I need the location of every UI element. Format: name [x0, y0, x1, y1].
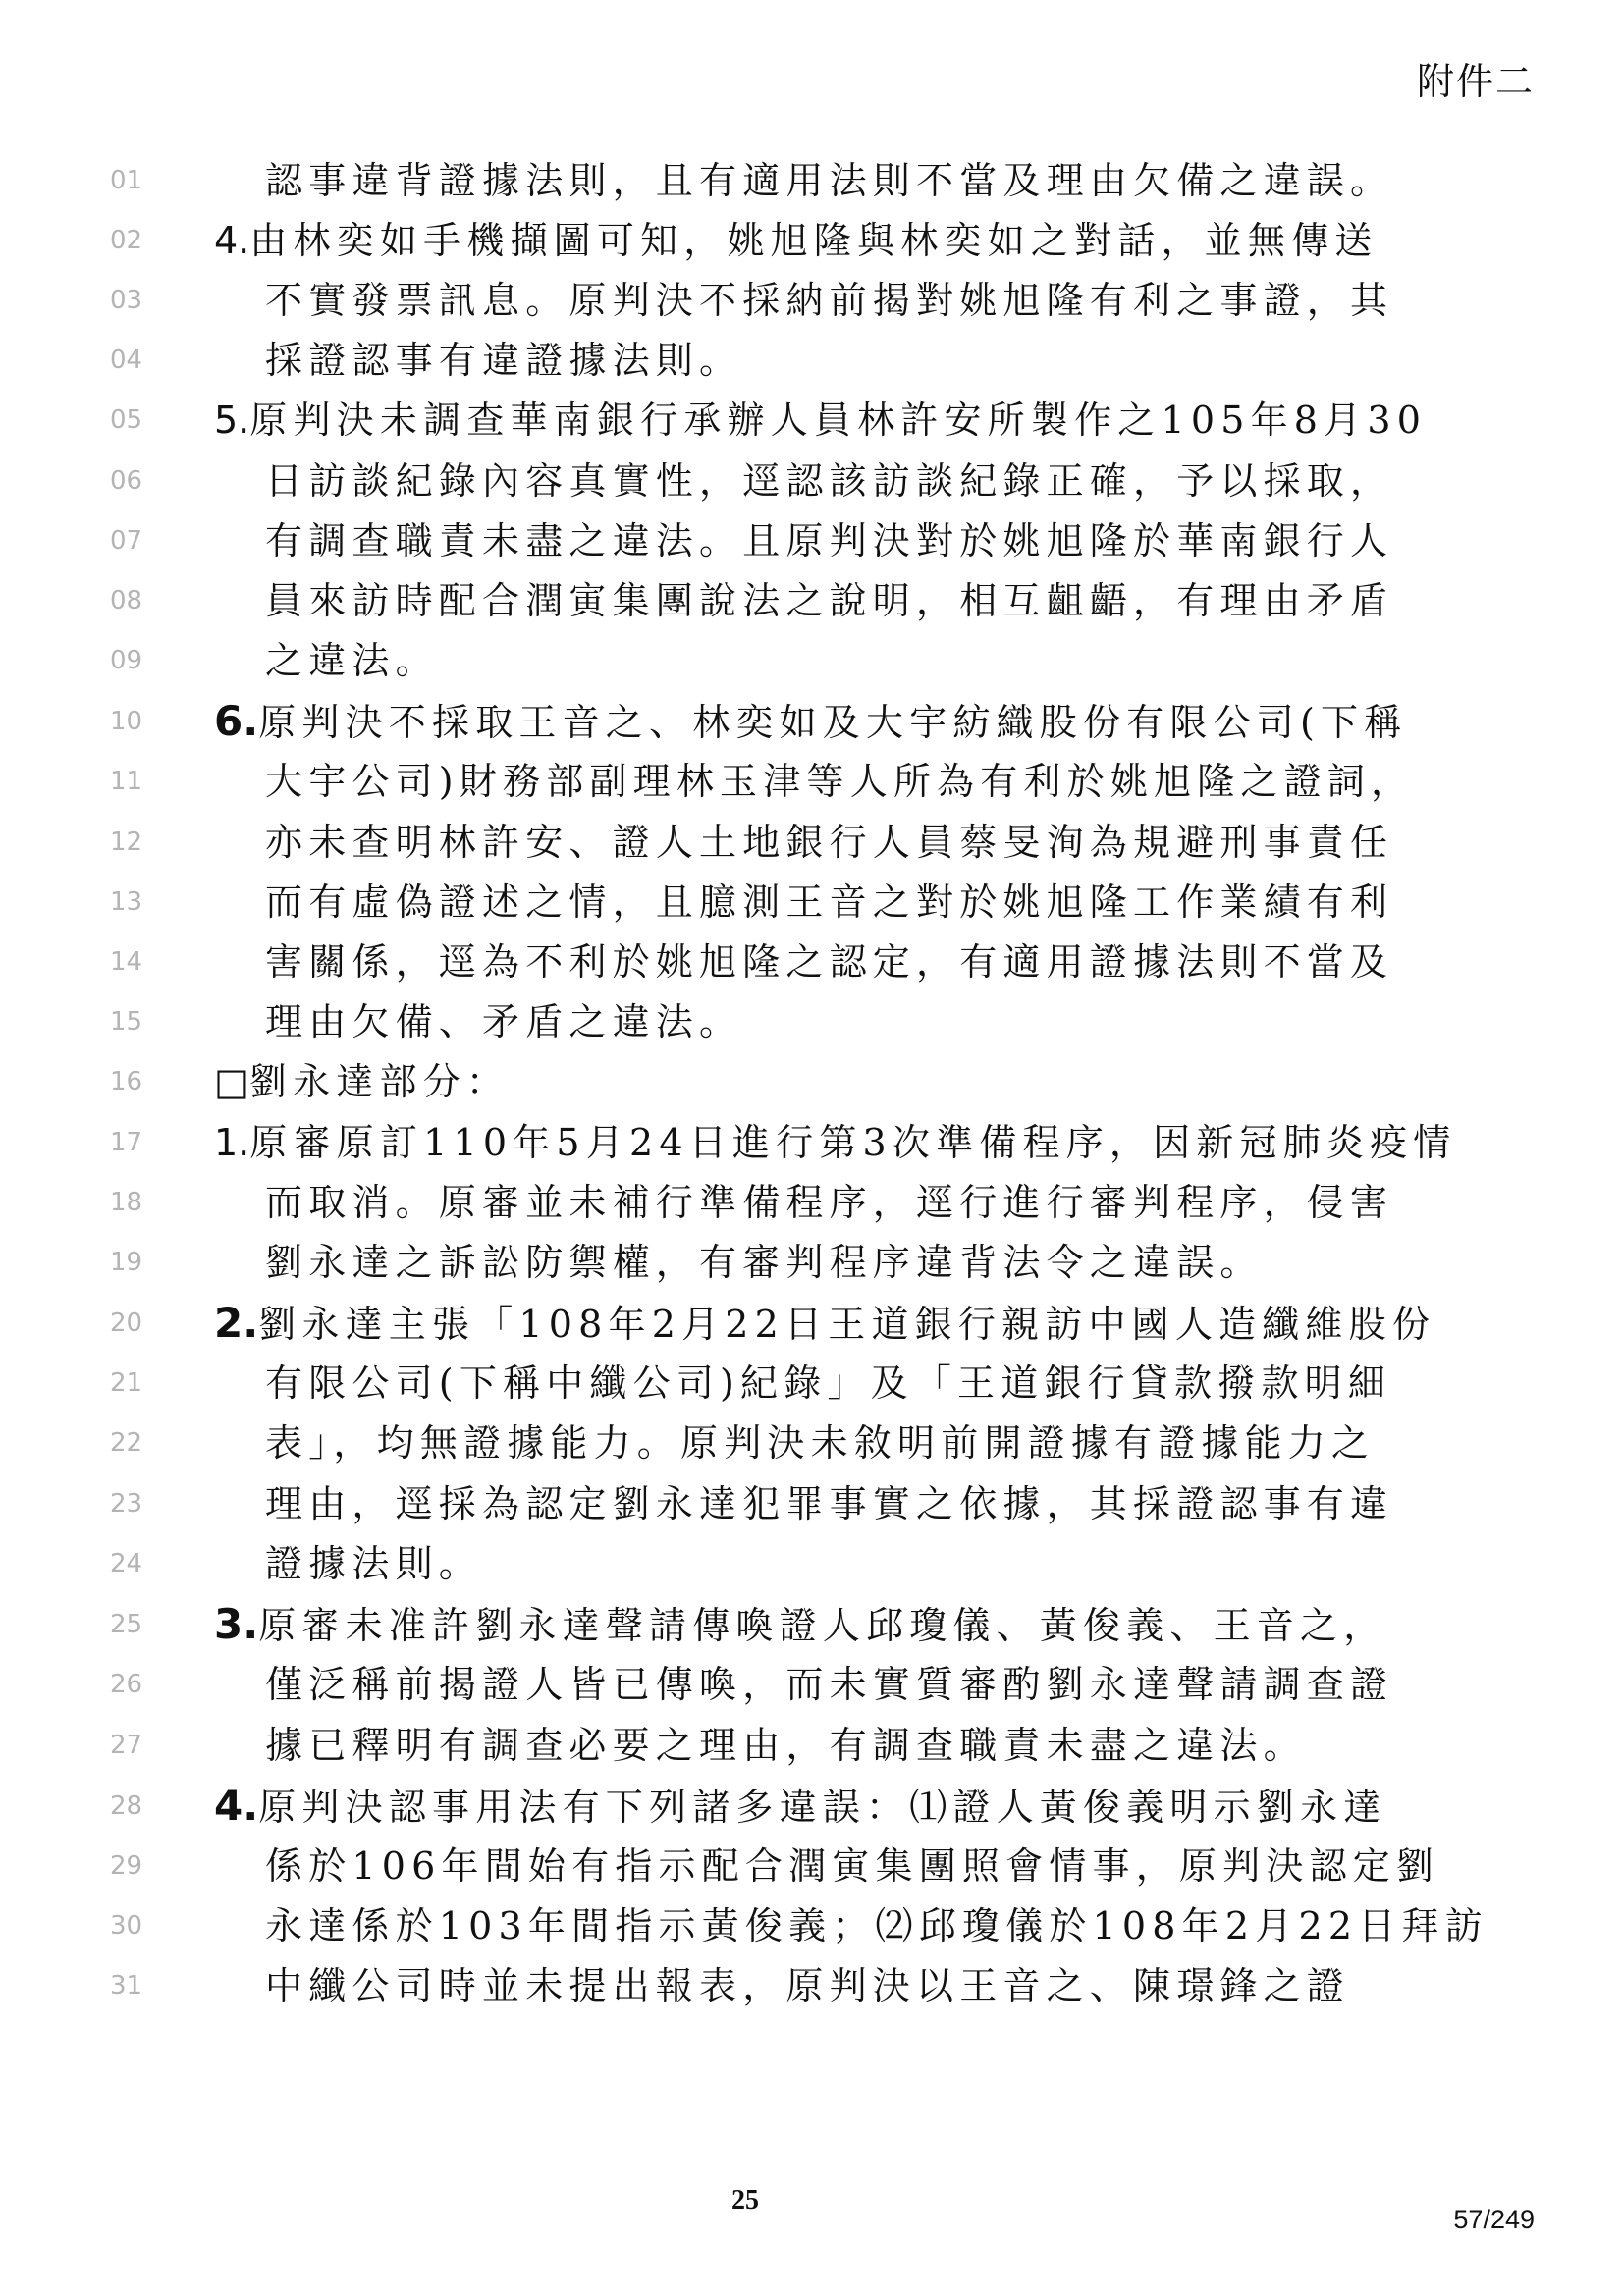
document-line: 14害關係，逕為不利於姚旭隆之認定，有適用證據法則不當及	[0, 931, 1623, 993]
line-text: 大宇公司)財務部副理林玉津等人所為有利於姚旭隆之證詞，	[265, 750, 1414, 813]
line-text: 有限公司(下稱中纖公司)紀錄」及「王道銀行貸款撥款明細	[265, 1352, 1391, 1415]
document-line: 18而取消。原審並未補行準備程序，逕行進行審判程序，侵害	[0, 1171, 1623, 1234]
document-line: 30永達係於103年間指示黃俊義；⑵邱瓊儀於108年2月22日拜訪	[0, 1895, 1623, 1957]
line-text: 之違法。	[265, 629, 439, 692]
line-number: 28	[110, 1775, 169, 1838]
document-line: 055.原判決未調查華南銀行承辦人員林許安所製作之105年8月30	[0, 389, 1623, 452]
line-text: 4.原判決認事用法有下列諸多違誤：⑴證人黃俊義明示劉永達	[214, 1775, 1386, 1839]
line-text: 不實發票訊息。原判決不採納前揭對姚旭隆有利之事證，其	[265, 269, 1393, 332]
line-content: 原判決不採取王音之、林奕如及大宇紡織股份有限公司(下稱	[258, 701, 1407, 744]
line-number: 18	[110, 1171, 169, 1234]
document-line: 09之違法。	[0, 629, 1623, 692]
line-text: 理由，逕採為認定劉永達犯罪事實之依據，其採證認事有違	[265, 1472, 1393, 1535]
line-content: 係於106年間始有指示配合潤寅集團照會情事，原判決認定劉	[265, 1844, 1439, 1888]
line-text: □劉永達部分：	[214, 1050, 510, 1113]
document-line: 12亦未查明林許安、證人土地銀行人員蔡旻洵為規避刑事責任	[0, 811, 1623, 874]
line-number: 21	[110, 1352, 169, 1415]
line-text: 表」，均無證據能力。原判決未敘明前開證據有證據能力之	[265, 1412, 1375, 1474]
line-text: 中纖公司時並未提出報表，原判決以王音之、陳璟鋒之證	[265, 1954, 1350, 2017]
line-text: 3.原審未准許劉永達聲請傳喚證人邱瓊儀、黃俊義、王音之，	[214, 1593, 1386, 1657]
line-number: 02	[110, 209, 169, 272]
document-line: 11大宇公司)財務部副理林玉津等人所為有利於姚旭隆之證詞，	[0, 750, 1623, 813]
document-line: 024.由林奕如手機擷圖可知，姚旭隆與林奕如之對話，並無傳送	[0, 209, 1623, 272]
line-text: 1.原審原訂110年5月24日進行第3次準備程序，因新冠肺炎疫情	[214, 1111, 1457, 1174]
page-number: 25	[731, 2185, 759, 2216]
list-marker: 1.	[214, 1121, 249, 1164]
line-number: 27	[110, 1714, 169, 1777]
document-line: 24證據法則。	[0, 1532, 1623, 1595]
line-number: 19	[110, 1231, 169, 1294]
line-number: 08	[110, 569, 169, 632]
line-content: 劉永達部分：	[249, 1060, 510, 1103]
line-text: 5.原判決未調查華南銀行承辦人員林許安所製作之105年8月30	[214, 389, 1427, 452]
line-number: 06	[110, 450, 169, 512]
line-content: 原審未准許劉永達聲請傳喚證人邱瓊儀、黃俊義、王音之，	[258, 1604, 1386, 1647]
line-number: 04	[110, 329, 169, 392]
line-content: 證據法則。	[265, 1542, 482, 1585]
line-content: 而取消。原審並未補行準備程序，逕行進行審判程序，侵害	[265, 1181, 1393, 1224]
line-content: 認事違背證據法則，且有適用法則不當及理由欠備之違誤。	[265, 159, 1393, 202]
line-content: 原判決認事用法有下列諸多違誤：⑴證人黃俊義明示劉永達	[258, 1786, 1386, 1829]
line-content: 害關係，逕為不利於姚旭隆之認定，有適用證據法則不當及	[265, 940, 1393, 984]
line-number: 11	[110, 750, 169, 813]
line-text: 採證認事有違證據法則。	[265, 329, 742, 392]
line-text: 而有虛偽證述之情，且臆測王音之對於姚旭隆工作業績有利	[265, 871, 1393, 934]
document-line: 31中纖公司時並未提出報表，原判決以王音之、陳璟鋒之證	[0, 1954, 1623, 2017]
line-content: 原審原訂110年5月24日進行第3次準備程序，因新冠肺炎疫情	[249, 1121, 1456, 1164]
line-number: 03	[110, 269, 169, 332]
document-line: 26僅泛稱前揭證人皆已傳喚，而未實質審酌劉永達聲請調查證	[0, 1653, 1623, 1716]
line-text: 亦未查明林許安、證人土地銀行人員蔡旻洵為規避刑事責任	[265, 811, 1393, 874]
line-text: 理由欠備、矛盾之違法。	[265, 990, 742, 1053]
line-number: 17	[110, 1111, 169, 1174]
line-number: 29	[110, 1835, 169, 1897]
line-content: 日訪談紀錄內容真實性，逕認該訪談紀錄正確，予以採取，	[265, 459, 1393, 503]
line-content: 採證認事有違證據法則。	[265, 339, 742, 382]
document-line: 19劉永達之訴訟防禦權，有審判程序違背法令之違誤。	[0, 1231, 1623, 1294]
line-text: 據已釋明有調查必要之理由，有調查職責未盡之違法。	[265, 1714, 1307, 1777]
line-text: 永達係於103年間指示黃俊義；⑵邱瓊儀於108年2月22日拜訪	[265, 1895, 1488, 1957]
line-text: 係於106年間始有指示配合潤寅集團照會情事，原判決認定劉	[265, 1835, 1439, 1897]
document-line: 03不實發票訊息。原判決不採納前揭對姚旭隆有利之事證，其	[0, 269, 1623, 332]
line-number: 20	[110, 1292, 169, 1355]
line-number: 23	[110, 1472, 169, 1535]
list-marker: 5.	[214, 399, 249, 442]
document-line: 15理由欠備、矛盾之違法。	[0, 990, 1623, 1053]
line-text: 6.原判決不採取王音之、林奕如及大宇紡織股份有限公司(下稱	[214, 690, 1407, 754]
line-text: 2.劉永達主張「108年2月22日王道銀行親訪中國人造纖維股份	[214, 1292, 1435, 1356]
line-text: 害關係，逕為不利於姚旭隆之認定，有適用證據法則不當及	[265, 931, 1393, 993]
document-line: 171.原審原訂110年5月24日進行第3次準備程序，因新冠肺炎疫情	[0, 1111, 1623, 1174]
line-text: 而取消。原審並未補行準備程序，逕行進行審判程序，侵害	[265, 1171, 1393, 1234]
document-line: 27據已釋明有調查必要之理由，有調查職責未盡之違法。	[0, 1714, 1623, 1777]
line-text: 日訪談紀錄內容真實性，逕認該訪談紀錄正確，予以採取，	[265, 450, 1393, 512]
list-marker: 3.	[214, 1600, 258, 1648]
line-number: 07	[110, 509, 169, 572]
line-number: 01	[110, 149, 169, 212]
document-line: 06日訪談紀錄內容真實性，逕認該訪談紀錄正確，予以採取，	[0, 450, 1623, 512]
line-number: 14	[110, 931, 169, 993]
document-line: 13而有虛偽證述之情，且臆測王音之對於姚旭隆工作業績有利	[0, 871, 1623, 934]
line-number: 13	[110, 871, 169, 934]
document-line: 202.劉永達主張「108年2月22日王道銀行親訪中國人造纖維股份	[0, 1292, 1623, 1355]
list-marker: 6.	[214, 697, 258, 745]
line-content: 中纖公司時並未提出報表，原判決以王音之、陳璟鋒之證	[265, 1964, 1350, 2007]
line-content: 永達係於103年間指示黃俊義；⑵邱瓊儀於108年2月22日拜訪	[265, 1904, 1488, 1948]
line-number: 25	[110, 1593, 169, 1656]
line-content: 原判決未調查華南銀行承辦人員林許安所製作之105年8月30	[249, 399, 1427, 442]
line-content: 員來訪時配合潤寅集團說法之說明，相互齟齬，有理由矛盾	[265, 579, 1393, 622]
document-line: 284.原判決認事用法有下列諸多違誤：⑴證人黃俊義明示劉永達	[0, 1775, 1623, 1838]
line-number: 12	[110, 811, 169, 874]
line-content: 亦未查明林許安、證人土地銀行人員蔡旻洵為規避刑事責任	[265, 821, 1393, 864]
line-number: 31	[110, 1954, 169, 2017]
line-content: 理由，逕採為認定劉永達犯罪事實之依據，其採證認事有違	[265, 1482, 1393, 1525]
line-number: 16	[110, 1050, 169, 1113]
line-content: 有限公司(下稱中纖公司)紀錄」及「王道銀行貸款撥款明細	[265, 1362, 1391, 1405]
document-line: 01認事違背證據法則，且有適用法則不當及理由欠備之違誤。	[0, 149, 1623, 212]
line-content: 之違法。	[265, 639, 439, 682]
line-number: 15	[110, 990, 169, 1053]
document-line: 07有調查職責未盡之違法。且原判決對於姚旭隆於華南銀行人	[0, 509, 1623, 572]
line-number: 10	[110, 690, 169, 753]
line-number: 24	[110, 1532, 169, 1595]
document-line: 29係於106年間始有指示配合潤寅集團照會情事，原判決認定劉	[0, 1835, 1623, 1897]
line-content: 不實發票訊息。原判決不採納前揭對姚旭隆有利之事證，其	[265, 279, 1393, 322]
line-text: 僅泛稱前揭證人皆已傳喚，而未實質審酌劉永達聲請調查證	[265, 1653, 1393, 1716]
document-line: 22表」，均無證據能力。原判決未敘明前開證據有證據能力之	[0, 1412, 1623, 1474]
document-line: 04採證認事有違證據法則。	[0, 329, 1623, 392]
document-line: 16□劉永達部分：	[0, 1050, 1623, 1113]
line-text: 認事違背證據法則，且有適用法則不當及理由欠備之違誤。	[265, 149, 1393, 212]
line-content: 大宇公司)財務部副理林玉津等人所為有利於姚旭隆之證詞，	[265, 760, 1414, 803]
line-text: 員來訪時配合潤寅集團說法之說明，相互齟齬，有理由矛盾	[265, 569, 1393, 632]
line-content: 表」，均無證據能力。原判決未敘明前開證據有證據能力之	[265, 1421, 1375, 1465]
line-number: 22	[110, 1412, 169, 1474]
line-text: 4.由林奕如手機擷圖可知，姚旭隆與林奕如之對話，並無傳送	[214, 209, 1378, 272]
document-line: 253.原審未准許劉永達聲請傳喚證人邱瓊儀、黃俊義、王音之，	[0, 1593, 1623, 1656]
attachment-label: 附件二	[1417, 51, 1535, 105]
line-number: 05	[110, 389, 169, 452]
page-count: 57/249	[1453, 2205, 1535, 2235]
line-number: 26	[110, 1653, 169, 1716]
list-marker: 2.	[214, 1299, 258, 1347]
document-line: 106.原判決不採取王音之、林奕如及大宇紡織股份有限公司(下稱	[0, 690, 1623, 753]
line-content: 僅泛稱前揭證人皆已傳喚，而未實質審酌劉永達聲請調查證	[265, 1663, 1393, 1706]
line-content: 有調查職責未盡之違法。且原判決對於姚旭隆於華南銀行人	[265, 519, 1393, 562]
document-line: 23理由，逕採為認定劉永達犯罪事實之依據，其採證認事有違	[0, 1472, 1623, 1535]
checkbox-glyph: □	[214, 1060, 249, 1103]
document-line: 21有限公司(下稱中纖公司)紀錄」及「王道銀行貸款撥款明細	[0, 1352, 1623, 1415]
line-text: 有調查職責未盡之違法。且原判決對於姚旭隆於華南銀行人	[265, 509, 1393, 572]
line-number: 09	[110, 629, 169, 692]
line-content: 理由欠備、矛盾之違法。	[265, 1000, 742, 1043]
line-content: 劉永達主張「108年2月22日王道銀行親訪中國人造纖維股份	[258, 1303, 1435, 1346]
list-marker: 4.	[214, 219, 249, 262]
line-content: 劉永達之訴訟防禦權，有審判程序違背法令之違誤。	[265, 1241, 1264, 1284]
list-marker: 4.	[214, 1782, 258, 1830]
line-number: 30	[110, 1895, 169, 1957]
line-content: 而有虛偽證述之情，且臆測王音之對於姚旭隆工作業績有利	[265, 881, 1393, 924]
line-text: 證據法則。	[265, 1532, 482, 1595]
line-content: 由林奕如手機擷圖可知，姚旭隆與林奕如之對話，並無傳送	[249, 219, 1378, 262]
document-line: 08員來訪時配合潤寅集團說法之說明，相互齟齬，有理由矛盾	[0, 569, 1623, 632]
line-content: 據已釋明有調查必要之理由，有調查職責未盡之違法。	[265, 1724, 1307, 1767]
line-text: 劉永達之訴訟防禦權，有審判程序違背法令之違誤。	[265, 1231, 1264, 1294]
